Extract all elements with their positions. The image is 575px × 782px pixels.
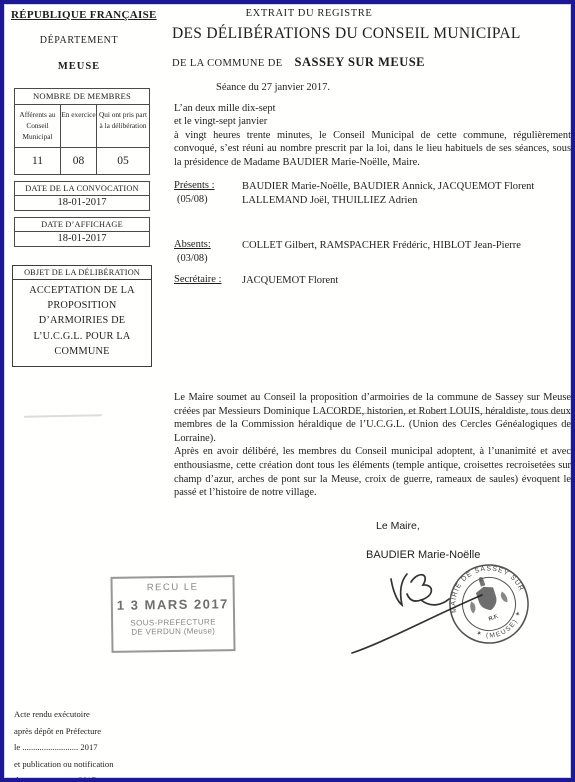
members-col-header-exercice: En exercice [61,105,97,147]
stamp-verdun: DE VERDUN (Meuse) [113,626,233,637]
members-value-participants: 05 [97,147,149,174]
secretaire-label: Secrétaire : [174,274,222,285]
affichage-date-label: DATE D’AFFICHAGE [15,218,149,232]
objet-line: L’U.C.G.L. POUR LA [15,329,149,344]
departement-value: MEUSE [9,61,149,72]
presents-names: BAUDIER Marie-Noëlle, BAUDIER Annick, JA… [242,180,575,208]
executory-line: le .......................... 2017 [14,739,114,756]
scanned-document-page: RÉPUBLIQUE FRANÇAISE DÉPARTEMENT MEUSE N… [0,0,575,782]
intro-line-2: et le vingt-sept janvier [174,116,267,127]
departement-label: DÉPARTEMENT [9,35,149,46]
intro-line-1: L’an deux mille dix-sept [174,103,275,114]
convocation-date-label: DATE DE LA CONVOCATION [15,182,149,196]
executory-line: après dépôt en Préfecture [14,723,114,740]
pencil-mark-artifact [24,414,102,418]
objet-line: COMMUNE [15,344,149,359]
stamp-date: 1 3 MARS 2017 [113,596,233,613]
affichage-date-value: 18-01-2017 [15,232,149,246]
executory-line: du ........................ 2017 [14,772,114,782]
seance-date: Séance du 27 janvier 2017. [216,82,330,93]
absents-count: (03/08) [177,253,208,264]
commune-name: SASSEY SUR MEUSE [295,55,426,69]
executory-note: Acte rendu exécutoire après dépôt en Pré… [14,706,114,782]
commune-row: DE LA COMMUNE DESASSEY SUR MEUSE [172,55,425,70]
members-value-exercice: 08 [61,147,97,174]
presents-label: Présents : [174,180,215,191]
republique-heading: RÉPUBLIQUE FRANÇAISE [11,9,157,21]
deliberation-paragraph-1: Le Maire soumet au Conseil la propositio… [174,391,571,445]
convocation-date-box: DATE DE LA CONVOCATION 18-01-2017 [14,181,150,211]
stamp-recu-le: RECU LE [113,581,233,594]
scan-line-artifact [322,413,569,414]
deliberation-paragraph-2: Après en avoir délibéré, les membres du … [174,445,571,499]
objet-content: ACCEPTATION DE LA PROPOSITION D’ARMOIRIE… [13,280,151,366]
members-col-header-participants: Qui ont pris part à la délibération [97,105,149,147]
mayor-signature-icon [349,557,499,662]
convocation-date-value: 18-01-2017 [15,196,149,210]
presents-names-line: BAUDIER Marie-Noëlle, BAUDIER Annick, JA… [242,180,575,194]
signature-title: Le Maire, [376,520,420,532]
affichage-date-box: DATE D’AFFICHAGE 18-01-2017 [14,217,150,247]
objet-label: OBJET DE LA DÉLIBÉRATION [13,266,151,280]
presents-count: (05/08) [177,194,208,205]
members-table-title: NOMBRE DE MEMBRES [15,89,149,105]
document-title: DES DÉLIBÉRATIONS DU CONSEIL MUNICIPAL [172,25,521,43]
members-col-header-afferents: Afférents au Conseil Municipal [15,105,61,147]
prefecture-receipt-stamp: RECU LE 1 3 MARS 2017 SOUS-PREFECTURE DE… [110,575,235,653]
absents-names: COLLET Gilbert, RAMSPACHER Frédéric, HIB… [242,239,575,253]
members-count-table: NOMBRE DE MEMBRES Afférents au Conseil M… [14,88,150,175]
objet-deliberation-box: OBJET DE LA DÉLIBÉRATION ACCEPTATION DE … [12,265,152,367]
commune-prefix: DE LA COMMUNE DE [172,58,283,69]
members-value-afferents: 11 [15,147,61,174]
absents-label: Absents: [174,239,211,250]
objet-line: PROPOSITION [15,298,149,313]
secretaire-name: JACQUEMOT Florent [242,274,575,288]
executory-line: Acte rendu exécutoire [14,706,114,723]
intro-body: à vingt heures trente minutes, le Consei… [174,129,571,169]
extrait-heading: EXTRAIT DU REGISTRE [169,8,449,19]
executory-line: et publication ou notification [14,756,114,773]
deliberation-text: Le Maire soumet au Conseil la propositio… [174,391,571,500]
objet-line: D’ARMOIRIES DE [15,313,149,328]
objet-line: ACCEPTATION DE LA [15,283,149,298]
presents-names-line: LALLEMAND Joël, THUILLIEZ Adrien [242,194,575,208]
